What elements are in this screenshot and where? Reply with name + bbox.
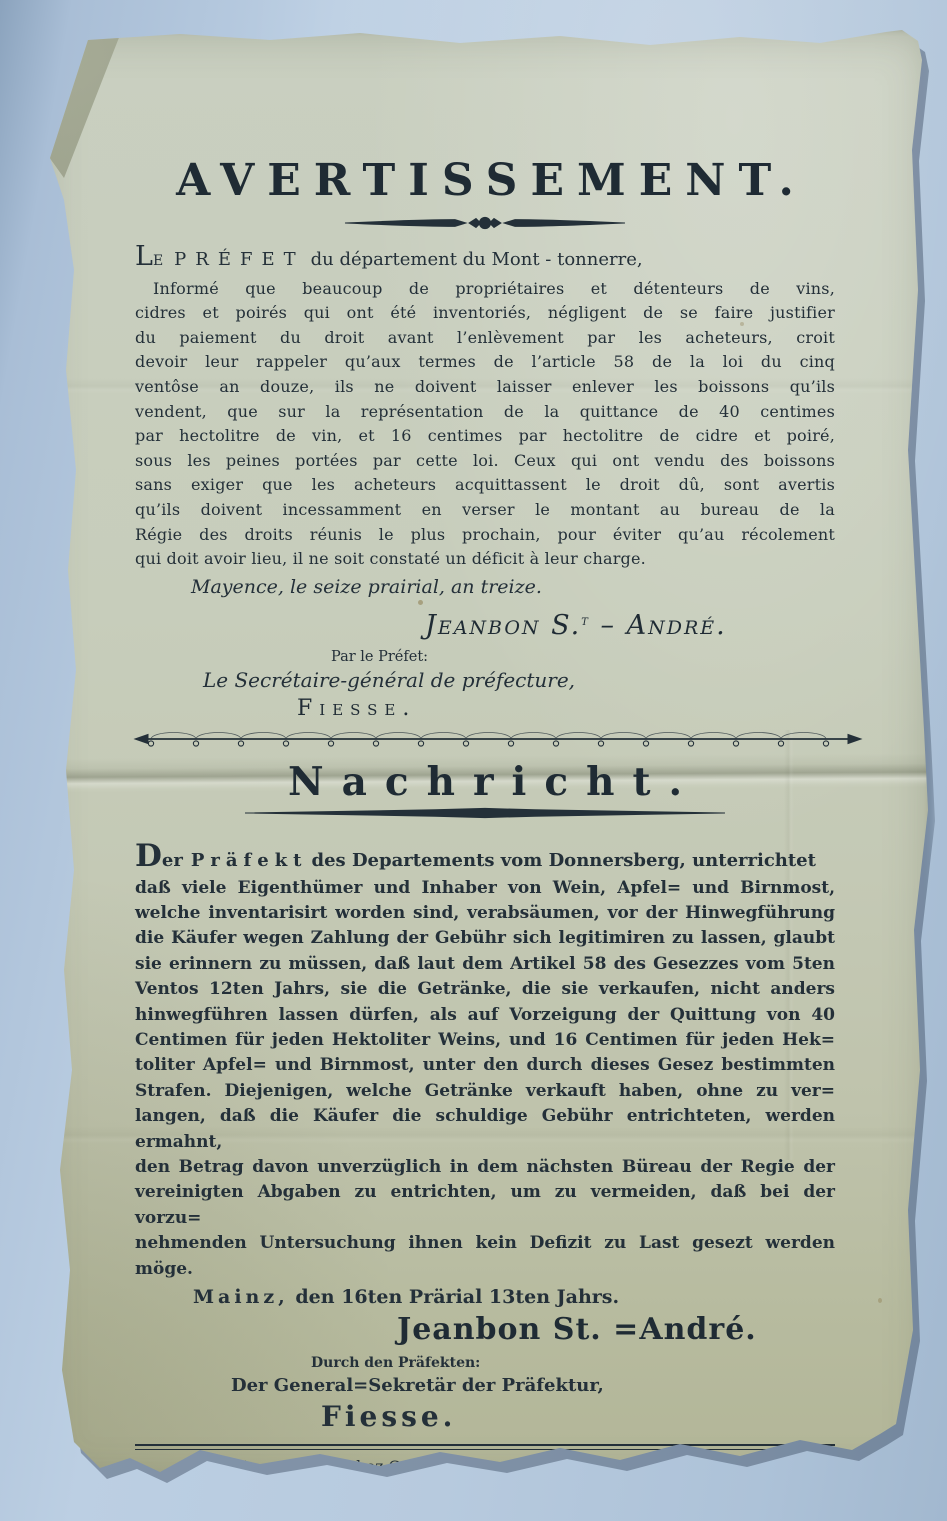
german-byline: Durch den Präfekten: (135, 1355, 835, 1372)
foxing-speck (878, 1298, 882, 1303)
text-line: sans exiger que les acheteurs acquittass… (135, 473, 835, 498)
text-line: daß viele Eigenthümer und Inhaber von We… (135, 876, 835, 901)
text-line: Ventos 12ten Jahrs, sie die Getränke, di… (135, 977, 835, 1002)
text-line: qu’ils doivent incessamment en verser le… (135, 498, 835, 523)
text-line: toliter Apfel= und Birnmost, unter den d… (135, 1053, 835, 1078)
french-opening-line: LePréfetdu département du Mont - tonnerr… (135, 247, 835, 274)
printed-content: AVERTISSEMENT. LePréfetdu département du… (135, 156, 835, 1478)
french-title: AVERTISSEMENT. (135, 156, 835, 207)
drop-cap: L (135, 241, 153, 272)
edge-fold-notch (40, 742, 66, 808)
german-dateline: Mainz, den 16ten Prärial 13ten Jahrs. (135, 1284, 835, 1311)
photo-backdrop: AVERTISSEMENT. LePréfetdu département du… (0, 0, 947, 1521)
tapered-rule-ornament (245, 808, 725, 818)
german-title: Nachricht. (135, 760, 835, 805)
french-secretary-name: Fiesse. (135, 695, 835, 722)
text-line: hinwegführen lassen dürfen, als auf Vorz… (135, 1003, 835, 1028)
text-line: par hectolitre de vin, et 16 centimes pa… (135, 424, 835, 449)
text-line: den Betrag davon unverzüglich in dem näc… (135, 1155, 835, 1180)
text-line: Strafen. Diejenigen, welche Getränke ver… (135, 1079, 835, 1104)
chain-divider-ornament (135, 731, 861, 751)
text-line: devoir leur rappeler qu’aux termes de l’… (135, 350, 835, 375)
drop-cap: D (135, 838, 162, 874)
text-line: vereinigten Abgaben zu entrichten, um zu… (135, 1180, 835, 1231)
french-dateline: Mayence, le seize prairial, an treize. (135, 574, 835, 601)
german-secretary-name: Fiesse. (135, 1400, 835, 1433)
german-secretary-title: Der General=Sekretär der Präfektur, (135, 1374, 835, 1397)
french-body-paragraph: Informé que beaucoup de propriétaires et… (135, 277, 835, 572)
french-byline: Par le Préfet: (135, 648, 835, 666)
german-body-paragraph: daß viele Eigenthümer und Inhaber von We… (135, 876, 835, 1283)
text-line: Informé que beaucoup de propriétaires et… (135, 277, 835, 302)
text-line: sie erinnern zu müssen, daß laut dem Art… (135, 952, 835, 977)
text-line: welche inventarisirt worden sind, verabs… (135, 901, 835, 926)
title-flourish-ornament (345, 213, 625, 233)
text-line: ventôse an douze, ils ne doivent laisser… (135, 375, 835, 400)
text-line: Centimen für jeden Hektoliter Weins, und… (135, 1028, 835, 1053)
german-signature: Jeanbon St. =André. (135, 1312, 835, 1348)
text-line: sous les peines portées par cette loi. C… (135, 449, 835, 474)
text-line: langen, daß die Käufer die schuldige Geb… (135, 1104, 835, 1155)
text-line: cidres et poirés qui ont été inventoriés… (135, 301, 835, 326)
text-line: vendent, que sur la représentation de la… (135, 400, 835, 425)
text-line: nehmenden Untersuchung ihnen kein Defizi… (135, 1231, 835, 1282)
french-signature: Jeanbon S.t – André. (135, 605, 835, 642)
french-secretary-title: Le Secrétaire-général de préfecture, (135, 668, 835, 693)
text-line: qui doit avoir lieu, il ne soit constaté… (135, 547, 835, 572)
broadside-document: AVERTISSEMENT. LePréfetdu département du… (40, 30, 930, 1485)
text-line: Régie des droits réunis le plus prochain… (135, 523, 835, 548)
text-line: du paiement du droit avant l’enlèvement … (135, 326, 835, 351)
double-rule (135, 1444, 835, 1450)
german-opening-line: DerPräfektdes Departements vom Donnersbe… (135, 846, 835, 874)
text-line: die Käufer wegen Zahlung der Gebühr sich… (135, 926, 835, 951)
